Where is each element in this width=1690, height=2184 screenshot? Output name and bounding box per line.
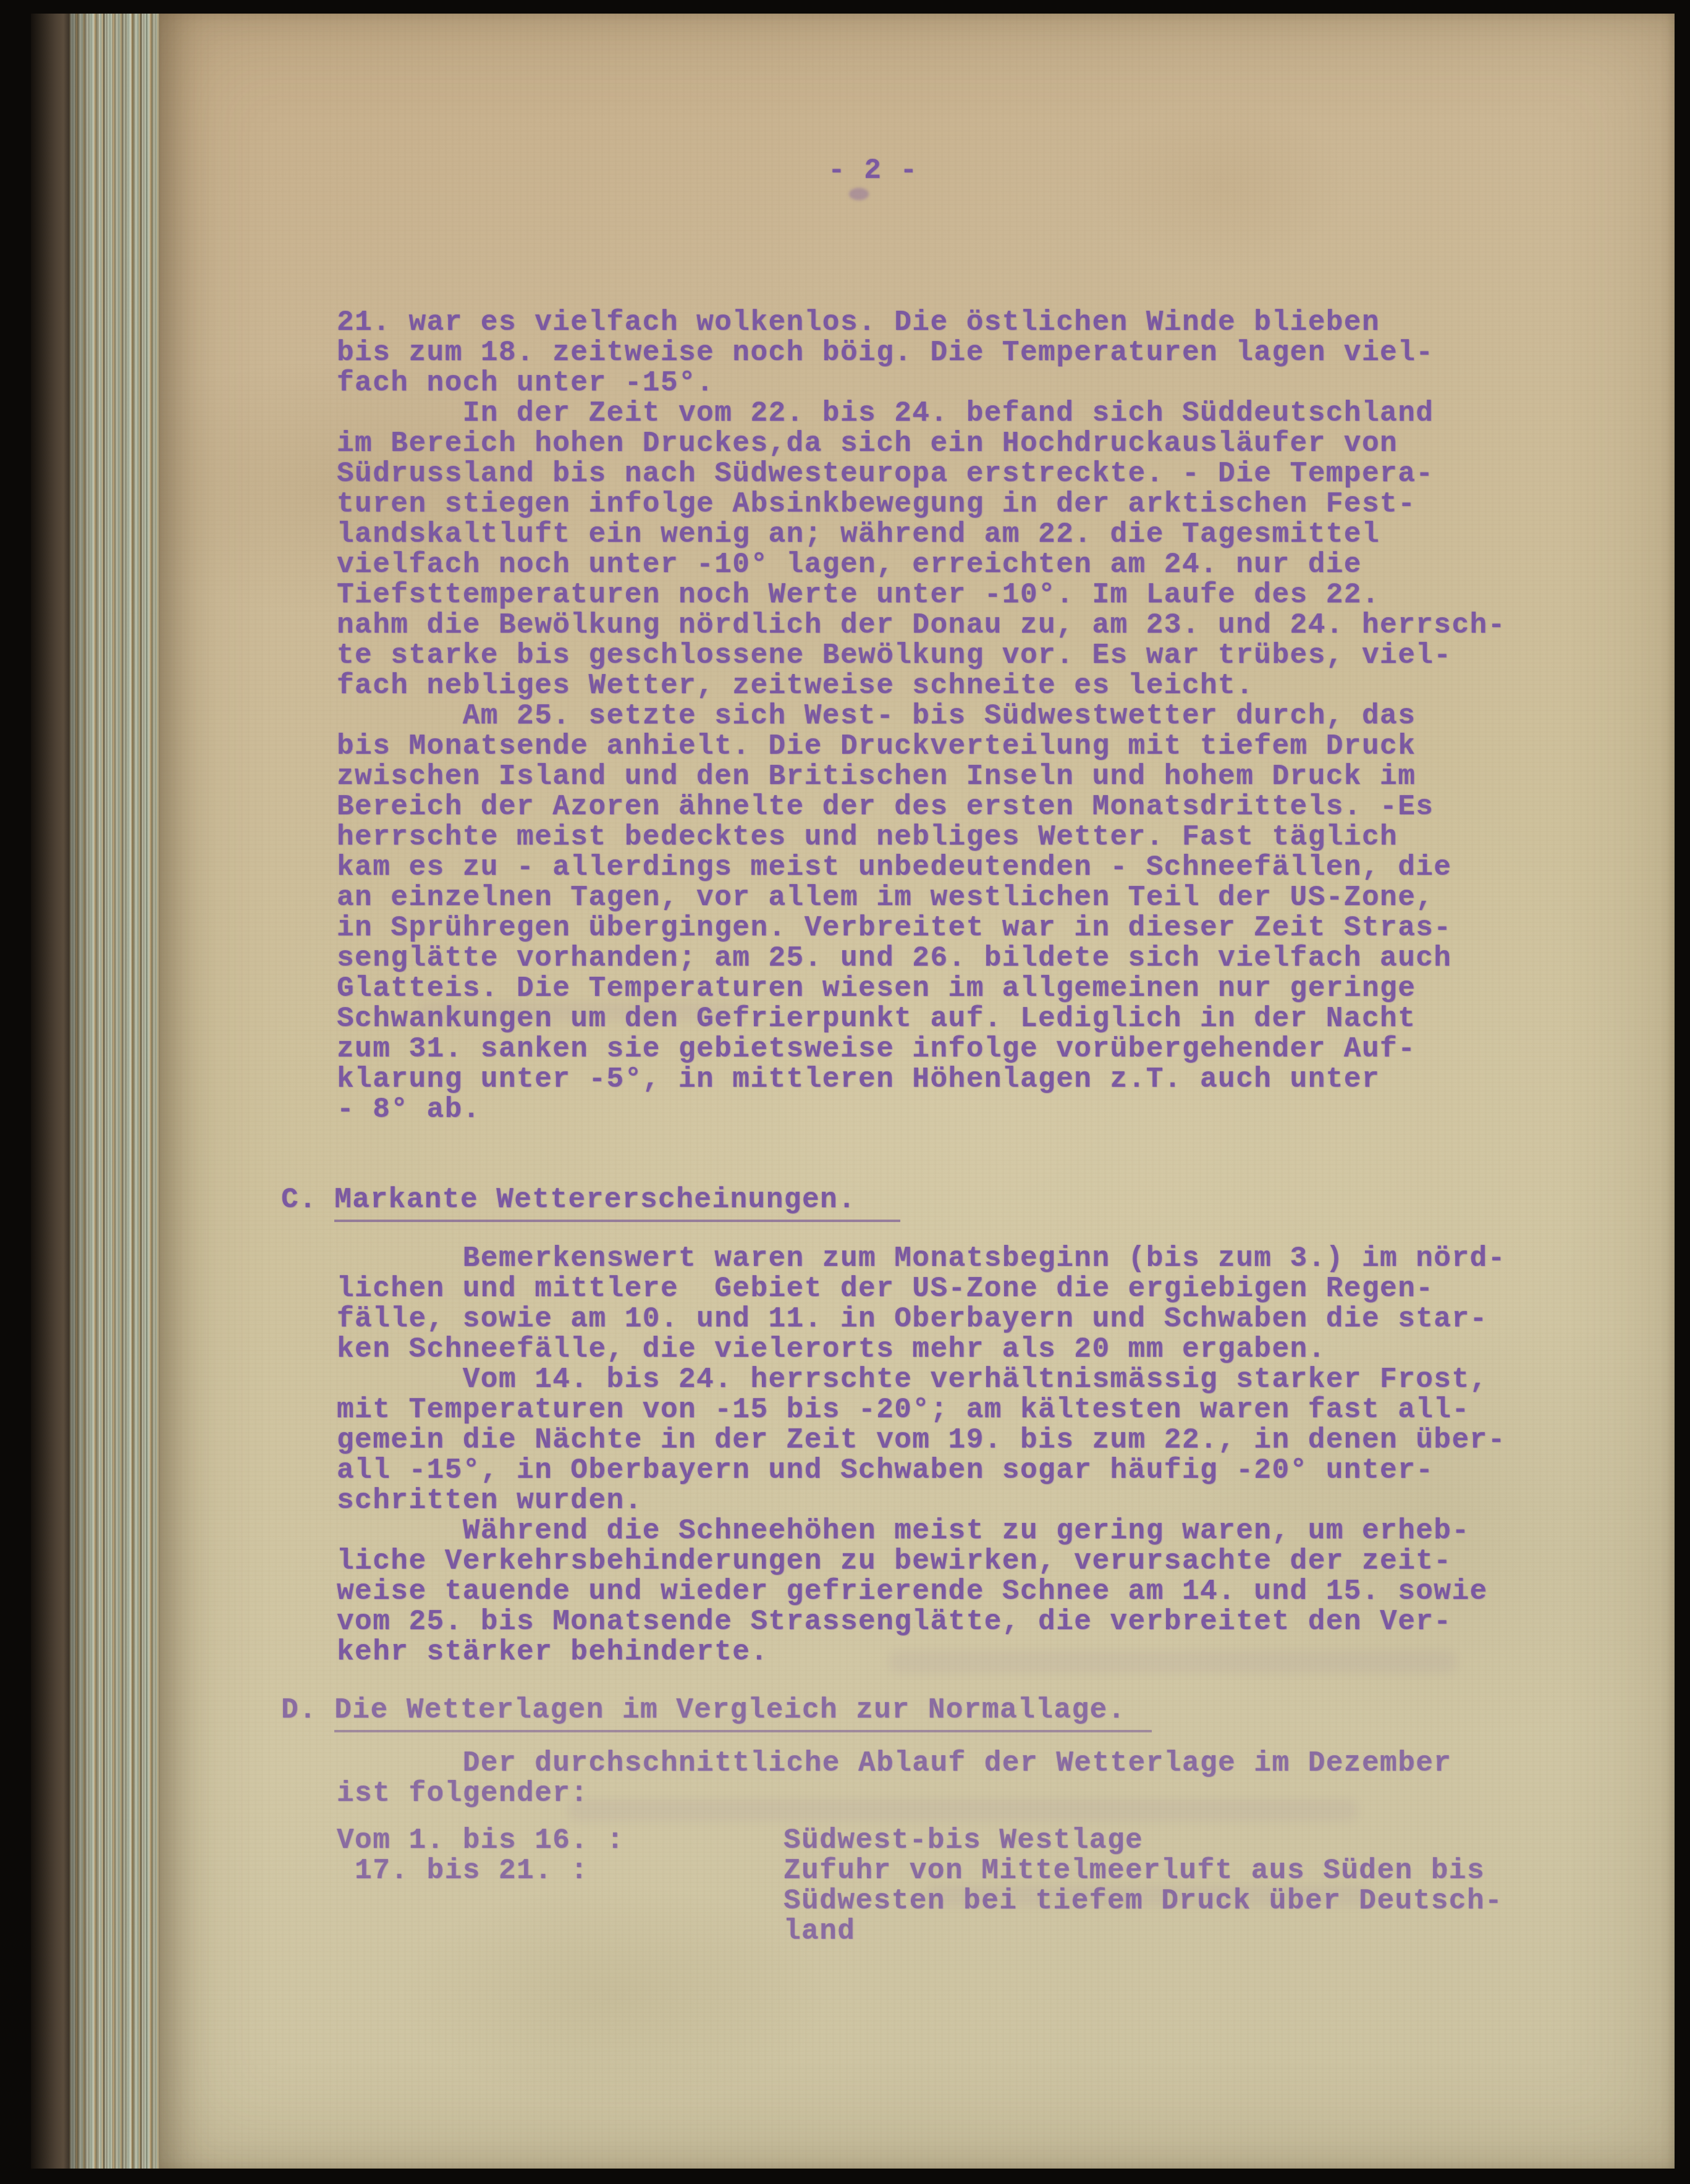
section-title-c: Markante Wettererscheinungen. xyxy=(334,1185,900,1222)
book-fore-edges xyxy=(69,14,159,2169)
section-letter-c: C. xyxy=(281,1185,317,1215)
book-spine xyxy=(31,14,72,2169)
table-row-1-description: Südwest-bis Westlage xyxy=(784,1826,1143,1856)
section-heading-d: D. Die Wetterlagen im Vergleich zur Norm… xyxy=(281,1695,1152,1732)
table-row-1-period: Vom 1. bis 16. : xyxy=(337,1826,625,1856)
section-heading-c: C. Markante Wettererscheinungen. xyxy=(281,1185,900,1222)
ink-smudge xyxy=(849,188,869,200)
section-d-intro: Der durchschnittliche Ablauf der Wetterl… xyxy=(337,1748,1451,1809)
weather-report-paragraphs-1: 21. war es vielfach wolkenlos. Die östli… xyxy=(337,308,1506,1125)
weather-report-paragraphs-2: Bemerkenswert waren zum Monatsbeginn (bi… xyxy=(337,1244,1506,1668)
section-letter-d: D. xyxy=(281,1695,317,1726)
table-row-2-period: 17. bis 21. : xyxy=(337,1856,588,1886)
table-row-2-description: Zufuhr von Mittelmeerluft aus Süden bisS… xyxy=(784,1856,1503,1947)
page-number: - 2 - xyxy=(828,156,918,186)
section-title-d: Die Wetterlagen im Vergleich zur Normall… xyxy=(334,1695,1152,1732)
scan-background: - 2 - 21. war es vielfach wolkenlos. Die… xyxy=(0,0,1690,2184)
